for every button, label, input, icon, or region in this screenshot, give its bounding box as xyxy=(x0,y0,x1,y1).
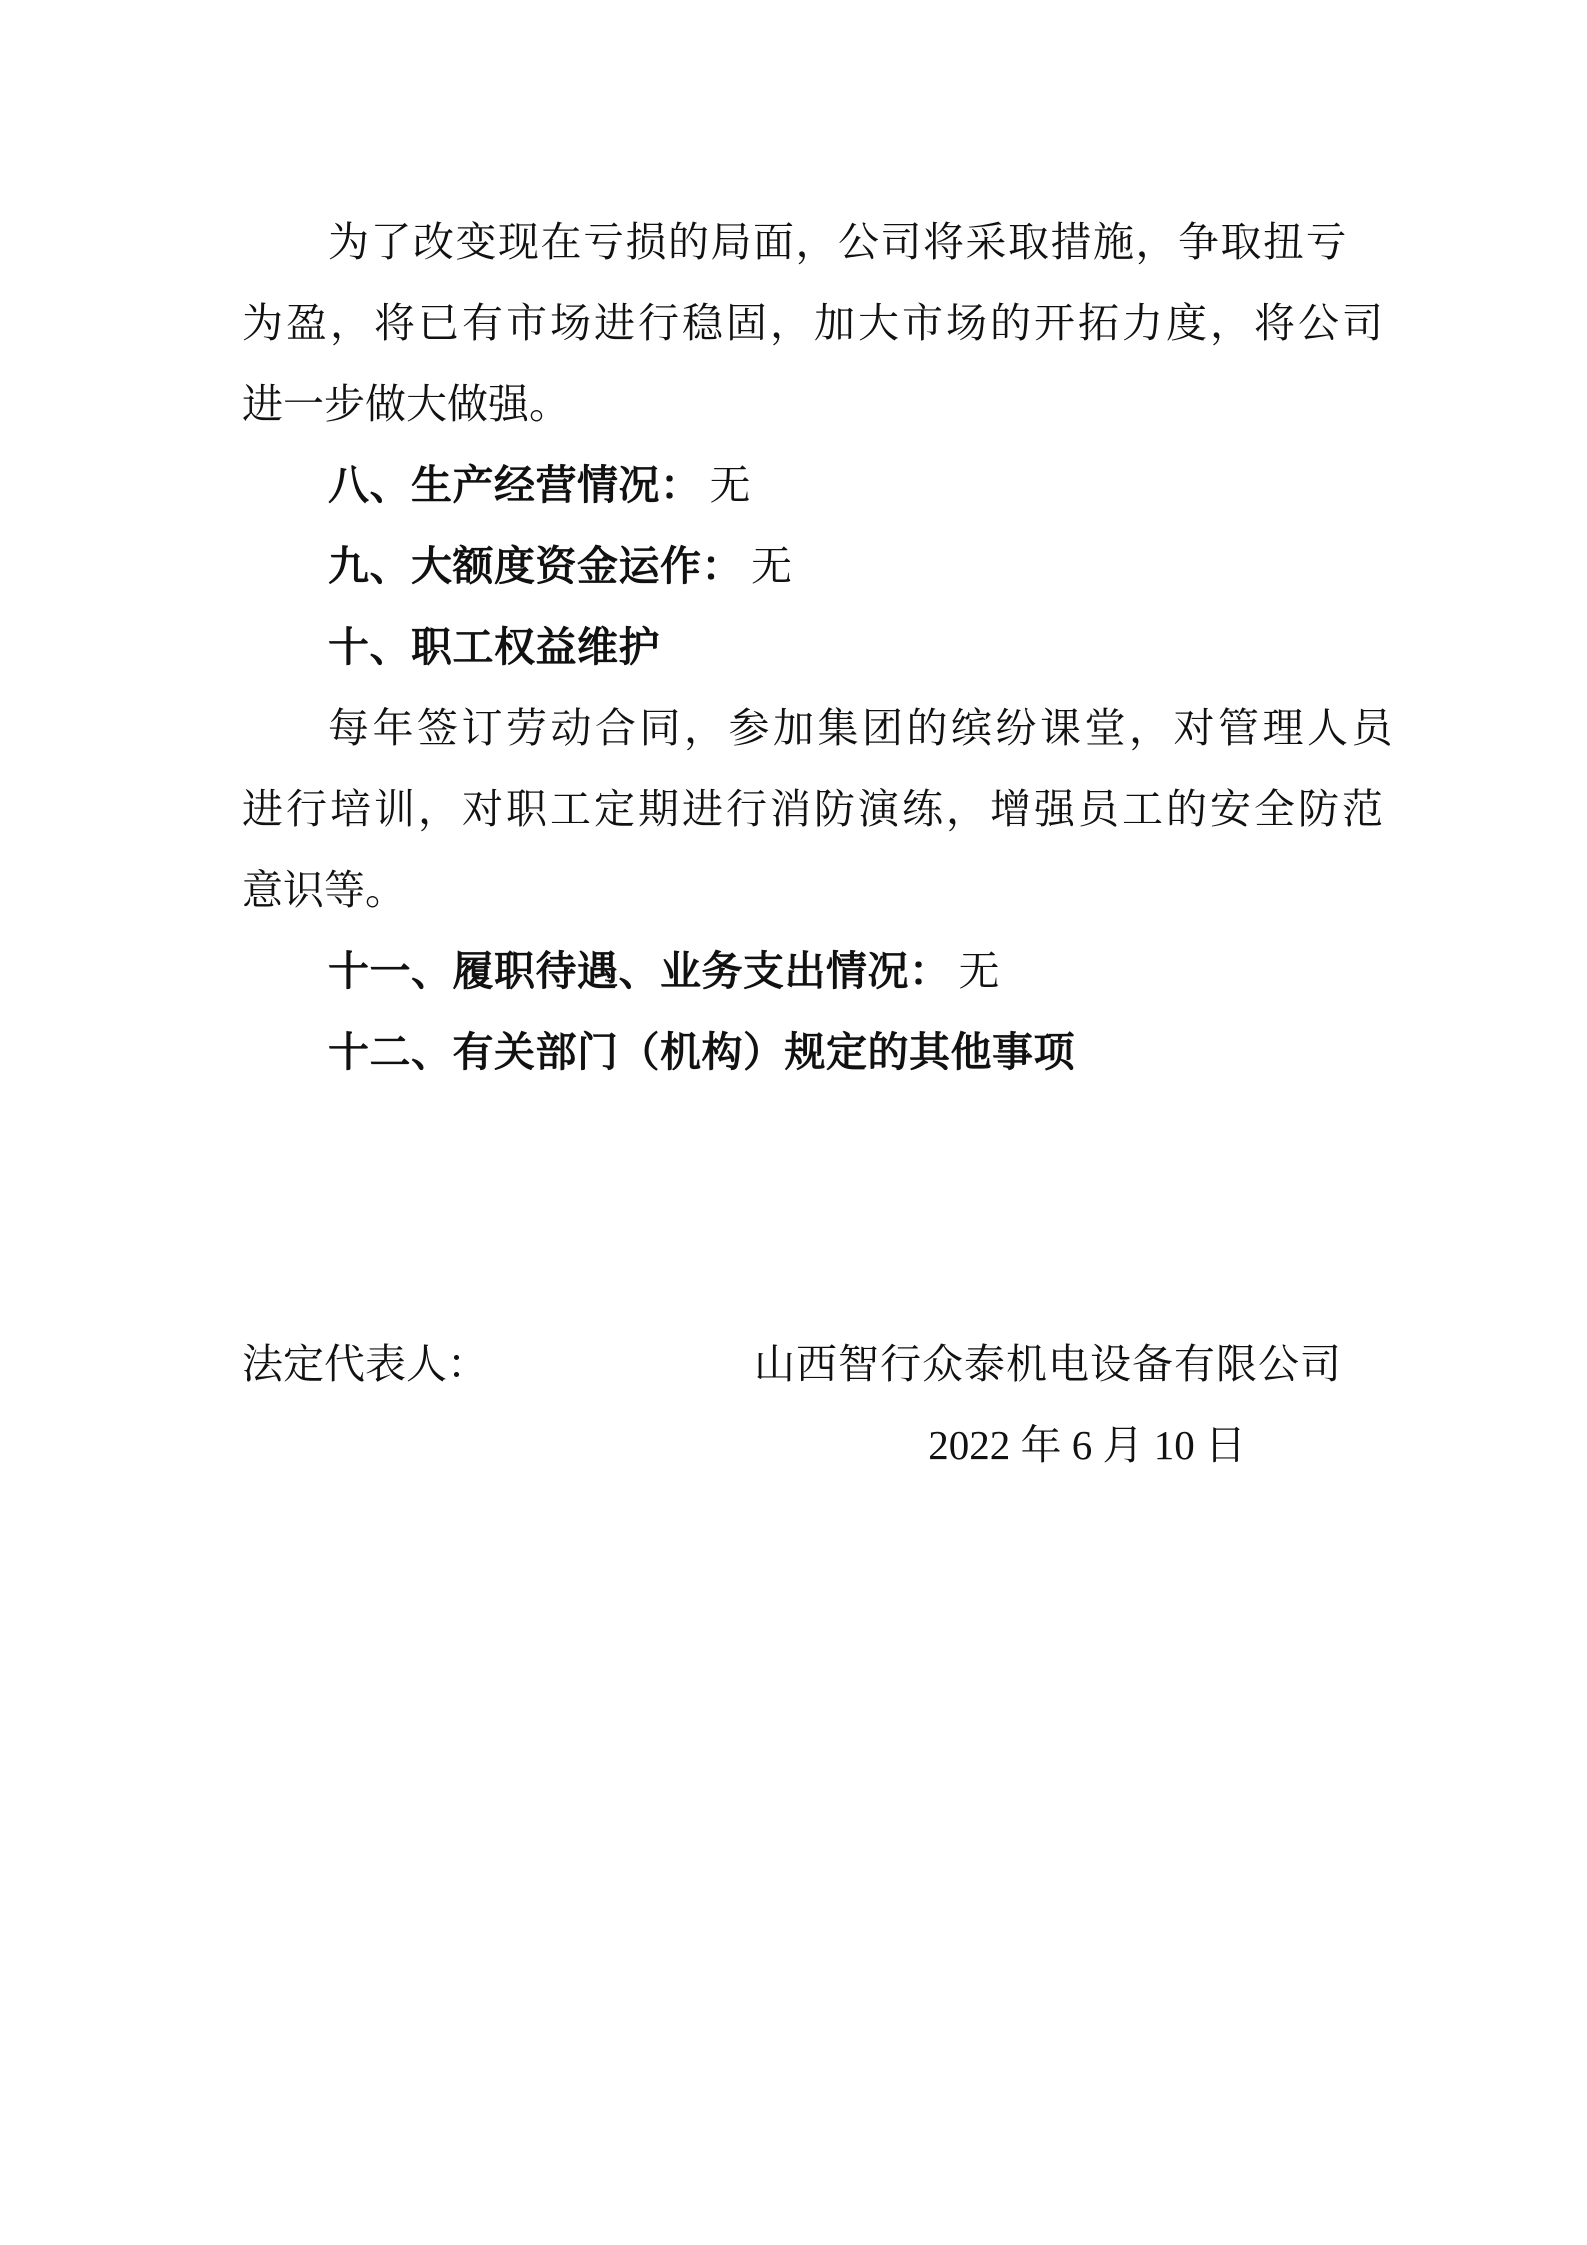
paragraph-line: 进一步做大做强。 xyxy=(242,364,1342,445)
signature-row: 法定代表人： 山西智行众泰机电设备有限公司 xyxy=(242,1324,1342,1405)
legal-representative-label: 法定代表人： xyxy=(242,1324,488,1405)
section-heading-label: 十二、有关部门（机构）规定的其他事项 xyxy=(328,1029,1075,1075)
paragraph-line: 为盈，将已有市场进行稳固，加大市场的开拓力度，将公司 xyxy=(242,283,1342,364)
section-value: 无 xyxy=(751,543,792,589)
section-heading-10: 十、职工权益维护 xyxy=(242,607,1342,688)
section-heading-8: 八、生产经营情况：无 xyxy=(242,445,1342,526)
paragraph-line: 进行培训，对职工定期进行消防演练，增强员工的安全防范 xyxy=(242,769,1342,850)
section-heading-label: 九、大额度资金运作： xyxy=(328,543,743,589)
section-value: 无 xyxy=(710,462,751,508)
section-heading-label: 十一、履职待遇、业务支出情况： xyxy=(328,948,951,994)
company-name: 山西智行众泰机电设备有限公司 xyxy=(754,1324,1342,1405)
section-heading-12: 十二、有关部门（机构）规定的其他事项 xyxy=(242,1012,1342,1093)
paragraph-line: 为了改变现在亏损的局面，公司将采取措施，争取扭亏 xyxy=(242,202,1342,283)
section-heading-11: 十一、履职待遇、业务支出情况：无 xyxy=(242,931,1342,1012)
paragraph-line: 每年签订劳动合同，参加集团的缤纷课堂，对管理人员 xyxy=(242,688,1342,769)
section-heading-label: 十、职工权益维护 xyxy=(328,624,660,670)
blank-gap xyxy=(242,1093,1342,1324)
section-heading-9: 九、大额度资金运作：无 xyxy=(242,526,1342,607)
paragraph-line: 意识等。 xyxy=(242,850,1342,931)
document-page: 为了改变现在亏损的局面，公司将采取措施，争取扭亏 为盈，将已有市场进行稳固，加大… xyxy=(0,0,1587,2245)
section-value: 无 xyxy=(959,948,1000,994)
section-heading-label: 八、生产经营情况： xyxy=(328,462,702,508)
document-date: 2022 年 6 月 10 日 xyxy=(242,1405,1342,1486)
